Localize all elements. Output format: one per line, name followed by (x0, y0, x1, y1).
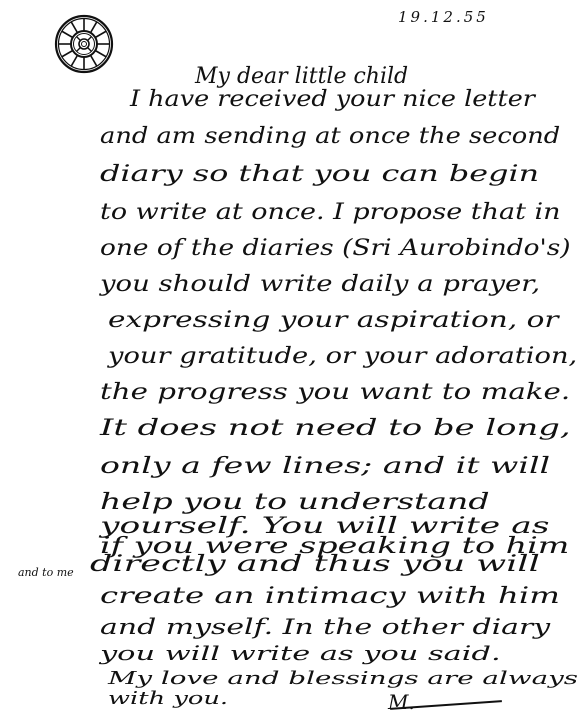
letter-date: 19.12.55 (398, 8, 489, 26)
letter-line: the progress you want to make. (100, 380, 570, 406)
letter-line: one of the diaries (Sri Aurobindo's) (100, 236, 571, 262)
mother-symbol-icon (54, 14, 114, 74)
letter-line: expressing your aspiration, or (108, 308, 559, 334)
letter-line: directly and thus you will (90, 552, 540, 578)
letter-line: and myself. In the other diary (100, 614, 550, 640)
letter-line: your gratitude, or your adoration, (108, 344, 577, 370)
letter-line: help you to understand (100, 490, 490, 516)
margin-note: and to me (18, 566, 74, 579)
letter-line: to write at once. I propose that in (100, 200, 561, 226)
letter-line: I have received your nice letter (130, 87, 535, 113)
letter-page: 19.12.55 My dear little child I have rec… (0, 0, 578, 728)
letter-line: It does not need to be long, (100, 416, 571, 442)
letter-line: create an intimacy with him (100, 584, 560, 610)
letter-line: you will write as you said. (100, 640, 501, 666)
letter-line: you should write daily a prayer, (100, 272, 540, 298)
letter-line: with you. (108, 686, 228, 712)
signature: M. (388, 690, 415, 714)
letter-line: diary so that you can begin (100, 162, 539, 188)
letter-line: only a few lines; and it will (100, 454, 550, 480)
letter-line: and am sending at once the second (100, 124, 560, 150)
